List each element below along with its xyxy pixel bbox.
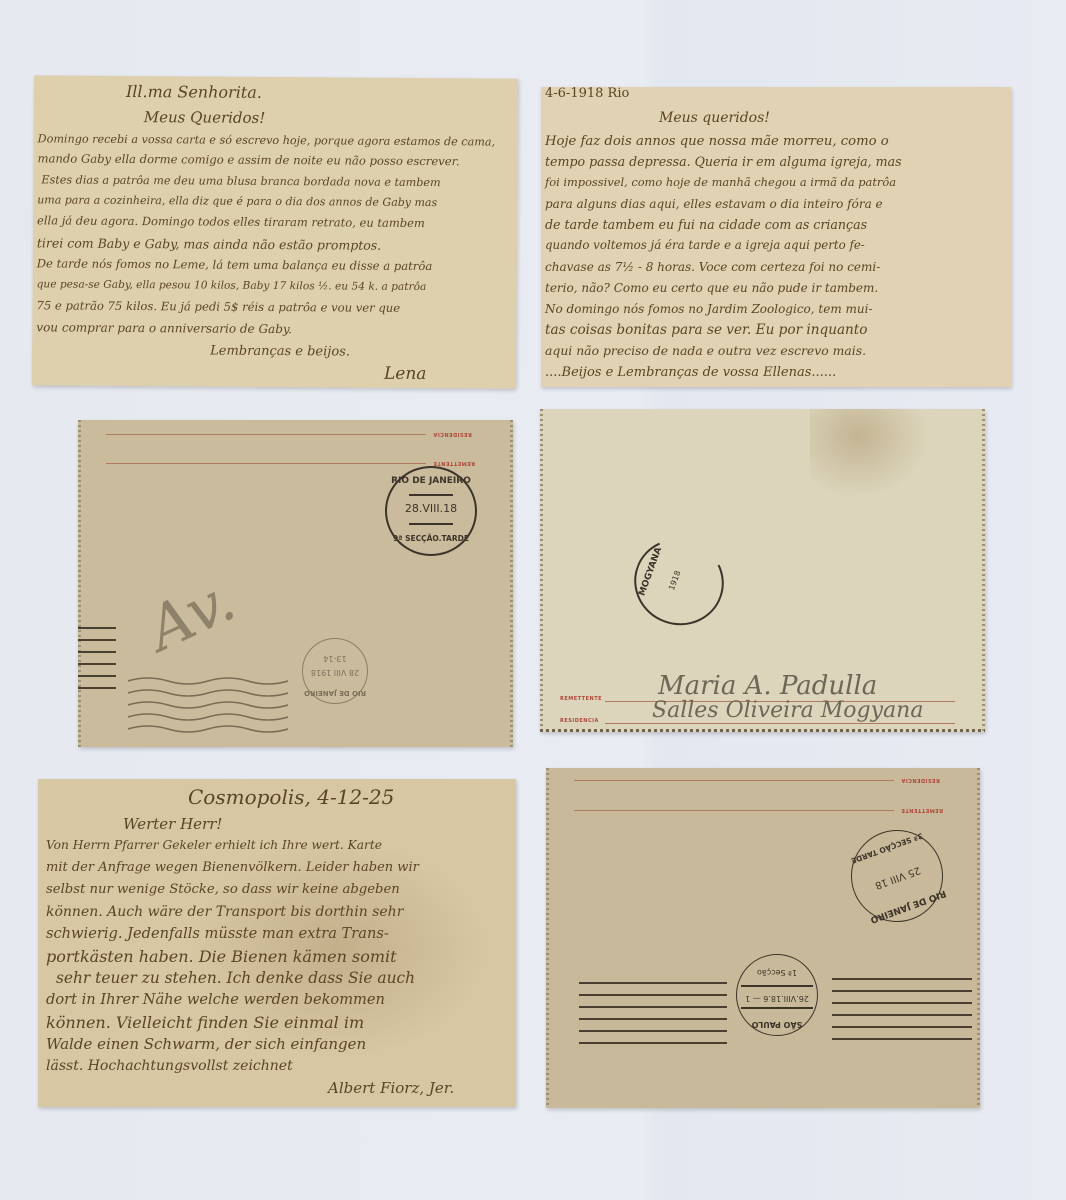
perforation-edge xyxy=(540,729,985,732)
letter-line: 75 e patrão 75 kilos. Eu já pedi 5$ réis… xyxy=(36,300,400,314)
printed-rule-line xyxy=(605,723,955,724)
closing-line: lässt. Hochachtungsvollst zeichnet xyxy=(46,1059,293,1073)
printed-rule-line xyxy=(106,434,426,435)
letter-line: Hoje faz dois annos que nossa mãe morreu… xyxy=(545,135,889,148)
printed-label-residencia: RESIDENCIA xyxy=(560,718,599,724)
postcard-ellenas-letter: 4-6-1918 Rio Meus queridos! Hoje faz doi… xyxy=(541,87,1011,387)
postmark-rio-de-janeiro: RIO DE JANEIRO 28.VIII.18 9ª SECÇÃO.TARD… xyxy=(385,466,477,556)
greeting-line: Meus Queridos! xyxy=(144,110,266,126)
letter-line: tas coisas bonitas para se ver. Eu por i… xyxy=(545,324,867,338)
postcard-lena-letter: Ill.ma Senhorita. Meus Queridos! Domingo… xyxy=(32,75,518,388)
letter-line: foi impossivel, como hoje de manhã chego… xyxy=(545,177,896,188)
letter-line: portkästen haben. Die Bienen kämen somit xyxy=(46,949,397,965)
postmark-sao-paulo: SÃO PAULO 26.VIII.18.6 — 1 1ª Secção xyxy=(736,954,818,1036)
letter-line: De tarde nós fomos no Leme, lá tem uma b… xyxy=(37,258,433,272)
printed-label-remettente: REMETTENTE xyxy=(560,696,602,702)
letter-line: tempo passa depressa. Queria ir em algum… xyxy=(545,156,902,169)
date-line: 4-6-1918 Rio xyxy=(545,87,629,100)
signature: Albert Fiorz, Jer. xyxy=(328,1081,454,1096)
printed-rule-line xyxy=(574,810,894,811)
letter-line: quando voltemos já éra tarde e a igreja … xyxy=(545,240,865,252)
printed-rule-line xyxy=(106,463,426,464)
perforation-edge xyxy=(982,409,985,732)
sender-residence: Salles Oliveira Mogyana xyxy=(652,700,923,722)
letter-line: Domingo recebi a vossa carta e só escrev… xyxy=(38,133,496,147)
postmark-mogyana: MOGYANA 1918 xyxy=(622,526,736,638)
postmark-rio-de-janeiro-inverted: RIO DE JANEIRO 25 VIII 18 3ª SECÇÃO TARD… xyxy=(838,817,956,935)
letter-line: Walde einen Schwarm, der sich einfangen xyxy=(46,1037,366,1052)
letter-line: schwierig. Jedenfalls müsste man extra T… xyxy=(46,927,389,942)
letter-line: können. Auch wäre der Transport bis dort… xyxy=(46,905,403,919)
greeting-line: Werter Herr! xyxy=(123,817,222,832)
water-stain xyxy=(810,409,930,499)
printed-label-remettente: REMETTENTE xyxy=(433,460,475,466)
lettercard-rio-back: RESIDENCIA REMETTENTE RIO DE JANEIRO 28.… xyxy=(78,420,513,747)
printed-rule-line xyxy=(574,780,894,781)
printed-label-residencia: RESIDENCIA xyxy=(433,431,472,437)
letter-line: Von Herrn Pfarrer Gekeler erhielt ich Ih… xyxy=(46,839,382,851)
lettercard-sao-paulo-back: RESIDENCIA REMETTENTE RIO DE JANEIRO 25 … xyxy=(546,768,980,1108)
letter-line: ella já deu agora. Domingo todos elles t… xyxy=(37,215,425,229)
letter-line: Estes dias a patrôa me deu uma blusa bra… xyxy=(41,174,440,188)
postmark-rio-inverted: RIO DE JANEIRO 28 VIII 1918 13-14 xyxy=(302,638,368,704)
perforation-edge xyxy=(977,768,980,1108)
printed-label-residencia: RESIDENCIA xyxy=(901,777,940,783)
letter-line: No domingo nós fomos no Jardim Zoologico… xyxy=(545,303,873,315)
letter-line: uma para a cozinheira, ella diz que é pa… xyxy=(37,194,437,208)
letter-line: können. Vielleicht finden Sie einmal im xyxy=(46,1015,364,1031)
greeting-line: Meus queridos! xyxy=(659,111,770,125)
letter-line: mando Gaby ella dorme comigo e assim de … xyxy=(37,153,459,168)
letter-line: terio, não? Como eu certo que eu não pud… xyxy=(545,282,878,294)
closing-line: Lembranças e beijos. xyxy=(210,345,350,359)
cancellation-bars-right xyxy=(832,978,972,1050)
letter-line: aqui não preciso de nada e outra vez esc… xyxy=(545,345,866,357)
letter-line: dort in Ihrer Nähe welche werden bekomme… xyxy=(46,993,385,1008)
greeting-salutation: Ill.ma Senhorita. xyxy=(126,84,262,101)
date-line: Cosmopolis, 4-12-25 xyxy=(188,787,394,807)
pencil-notation: Av. xyxy=(139,569,243,660)
printed-label-remettente: REMETTENTE xyxy=(901,807,943,813)
letter-line: mit der Anfrage wegen Bienenvölkern. Lei… xyxy=(46,861,419,874)
closing-line: ....Beijos e Lembranças de vossa Ellenas… xyxy=(545,366,836,379)
wavy-cancellation-lines xyxy=(128,673,288,743)
perforation-edge xyxy=(546,768,549,1108)
perforation-edge xyxy=(510,420,513,747)
cancellation-bars xyxy=(78,627,116,699)
letter-line: chavase as 7½ - 8 horas. Voce com certez… xyxy=(545,261,880,273)
sender-name: Maria A. Padulla xyxy=(658,673,877,699)
lettercard-maria-padulla: MOGYANA 1918 REMETTENTE Maria A. Padulla… xyxy=(540,409,985,732)
letter-line: selbst nur wenige Stöcke, so dass wir ke… xyxy=(46,883,400,896)
perforation-edge xyxy=(540,409,543,732)
postcard-german-letter: Cosmopolis, 4-12-25 Werter Herr! Von Her… xyxy=(38,779,516,1107)
signature: Lena xyxy=(384,366,427,383)
letter-line: sehr teuer zu stehen. Ich denke dass Sie… xyxy=(56,971,415,986)
letter-line: vou comprar para o anniversario de Gaby. xyxy=(36,321,292,335)
letter-line: para alguns dias aqui, elles estavam o d… xyxy=(545,198,883,210)
letter-line: de tarde tambem eu fui na cidade com as … xyxy=(545,219,867,232)
letter-line: que pesa-se Gaby, ella pesou 10 kilos, B… xyxy=(37,279,427,292)
letter-line: tirei com Baby e Gaby, mas ainda não est… xyxy=(37,237,381,252)
cancellation-bars-left xyxy=(579,982,727,1054)
